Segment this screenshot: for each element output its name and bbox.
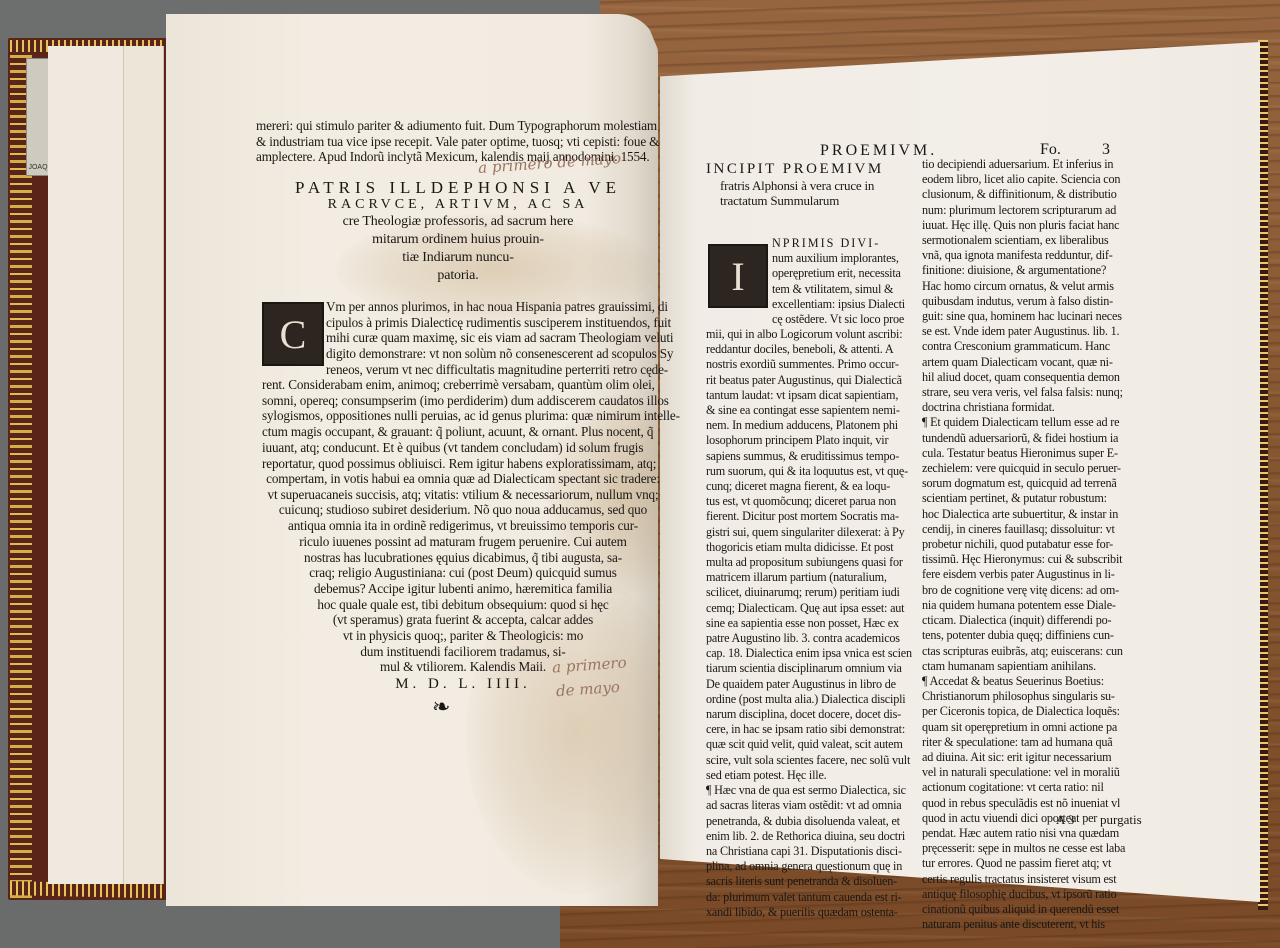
drop-cap-c: C	[262, 302, 324, 366]
text-line: scire, vult sola scientes facere, nec so…	[706, 753, 912, 768]
heading-line: tractatum Summularum	[706, 193, 884, 208]
title-line: tiæ Indiarum nuncu-	[258, 249, 658, 267]
text-line: clusionum, & diffinitionum, & distributi…	[922, 187, 1125, 202]
text-line: nostras has lucubrationes ęquius dicabim…	[262, 550, 664, 566]
text-line: hoc quale quale est, tibi debitum obsequ…	[262, 597, 664, 613]
text-line: quibusdam indutus, verum à falso distin-	[922, 294, 1125, 309]
text-line: hoc Dialectica arte subuertitur, & insta…	[922, 507, 1125, 522]
text-line: fierent. Dicitur post mortem Socratis ma…	[706, 509, 912, 524]
fleuron-ornament-icon: ❧	[432, 694, 450, 720]
title-line: RACRVCE, ARTIVM, AC SA	[258, 197, 658, 213]
text-line: num: plurimum lectorem scripturarum ad	[922, 203, 1125, 218]
text-line: De quaidem pater Augustinus in libro de	[706, 677, 912, 692]
text-line: multa ad propositum subiungens quasi for	[706, 555, 912, 570]
text-line: rent. Considerabam enim, animoq; creberr…	[262, 377, 664, 393]
left-body: rent. Considerabam enim, animoq; creberr…	[262, 377, 664, 471]
text-line: cendij, in cineres fauillasq; dissoluitu…	[922, 522, 1125, 537]
text-line: tissimũ. Hęc Hieronymus: cui & subscribi…	[922, 552, 1125, 567]
text-line: probetur nichili, quod putabatur esse fo…	[922, 537, 1125, 552]
text-line: riter & speculatione: tam ad humana quã	[922, 735, 1125, 750]
text-line: contra Cresconium grammaticum. Hanc	[922, 339, 1125, 354]
text-line: pręcesserit: sępe in multos ne cesse est…	[922, 841, 1125, 856]
flyleaf	[48, 46, 124, 884]
text-line: cipulos à primis Dialecticę rudimentis s…	[326, 315, 666, 331]
text-line: enim lib. 2. de Rethorica diuina, seu do…	[706, 829, 912, 844]
text-line: reneos, verum vt nec difficultatis magni…	[326, 362, 666, 378]
bookplate-label: JOAQ	[27, 164, 49, 171]
text-line: tur errores. Quod ne passim fieret atq; …	[922, 856, 1125, 871]
text-line: na Christiana capi 31. Disputationis dis…	[706, 844, 912, 859]
text-line: tantum laudat: vt ipsam dicat sapientiam…	[706, 388, 912, 403]
text-line: num auxilium implorantes,	[772, 251, 905, 266]
text-line: vnã, qua ignota manifesta redduntur, dif…	[922, 248, 1125, 263]
text-line: per Ciceronis topica, de Dialectica loqu…	[922, 704, 1125, 719]
text-line: fere eisdem verbis pater Augustinus in l…	[922, 567, 1125, 582]
text-line: ad sacras literas viam ostẽdit: vt ad om…	[706, 798, 912, 813]
text-line: compertam, in votis habui ea omnia quæ a…	[262, 471, 664, 487]
text-line: artem quam Dialecticam vocant, quæ ni-	[922, 355, 1125, 370]
catchword: purgatis	[1100, 812, 1142, 828]
text-line: ad diuina. Ait sic: erit igitur necessar…	[922, 750, 1125, 765]
text-line: sorum dogmatum est, quicquid ad terrenã	[922, 476, 1125, 491]
left-title: PATRIS ILLDEPHONSI A VE RACRVCE, ARTIVM,…	[258, 178, 658, 285]
text-line: actionum cogitatione: vt certa ratio: ni…	[922, 780, 1125, 795]
text-line: cere, in hac se ipsam ratio sibi demonst…	[706, 722, 912, 737]
text-line: antiqua omnia ita in ordinẽ redigerimus,…	[262, 518, 664, 534]
text-line: rit beatus pater Augustinus, qui Dialect…	[706, 373, 912, 388]
text-line: operępretium erit, necessita	[772, 266, 905, 281]
text-line: (vt speramus) grata fuerint & accepta, c…	[262, 612, 664, 628]
text-line: tundendũ aduersariorũ, & fidei hostium i…	[922, 431, 1125, 446]
proemium-heading: INCIPIT PROEMIVM fratris Alphonsi à vera…	[706, 160, 884, 208]
text-line: vt superuacaneis succisis, atq; vitatis:…	[262, 487, 664, 503]
text-line: riculo iuuenes possint ad maturam frugem…	[262, 534, 664, 550]
text-line: sylogismos, oppositiones nulli peruias, …	[262, 408, 664, 424]
text-column-2: tio decipiendi aduersarium. Et inferius …	[922, 157, 1125, 932]
text-line: iuuat. Hęc illę. Quis non pluris faciat …	[922, 218, 1125, 233]
text-line: zechielem: vere quicquid in seculo perue…	[922, 461, 1125, 476]
text-line: ordine (post multa alia.) Dialectica dis…	[706, 692, 912, 707]
text-line: somni, opereq; consumpserim (imo perdide…	[262, 393, 664, 409]
text-line: ctam humanam sapientiam anihilans.	[922, 659, 1125, 674]
text-line: da: plurimum valet tantum cauenda est ri…	[706, 890, 912, 905]
text-line: sapiens summus, & eruditissimus tempo-	[706, 449, 912, 464]
text-line: plina, ad omnia genera quęstionum quę in	[706, 859, 912, 874]
text-line: mereri: qui stimulo pariter & adiumento …	[256, 118, 666, 134]
text-line: cę ostẽdere. Vt sic loco proe	[772, 312, 905, 327]
text-line: tem & vtilitatem, simul &	[772, 282, 905, 297]
flyleaf	[124, 46, 164, 884]
text-line: ctum magis occupant, & grauant: q̃ poliu…	[262, 424, 664, 440]
text-line: vt in physicis quoq;, pariter & Theologi…	[262, 628, 664, 644]
text-line: certis regulis tractatus insisteret visu…	[922, 872, 1125, 887]
text-line: ¶ Accedat & beatus Seuerinus Boetius:	[922, 674, 1125, 689]
text-line: digito demonstrare: vt non solùm nõ cons…	[326, 346, 666, 362]
heading-line: INCIPIT PROEMIVM	[706, 160, 884, 178]
text-line: sine ea sapientia esse non posset, Hæc e…	[706, 616, 912, 631]
text-line: cuicunq; studioso subiret desiderium. Nõ…	[262, 502, 664, 518]
text-line: reddantur dociles, beneboli, & attenti. …	[706, 342, 912, 357]
text-line: ¶ Et quidem Dialecticam tellum esse ad r…	[922, 415, 1125, 430]
title-line: PATRIS ILLDEPHONSI A VE	[258, 178, 658, 197]
text-line: gistri sui, quem singulariter dilexerat:…	[706, 525, 912, 540]
text-line: & industriam tua vice ipse recepit. Vale…	[256, 134, 666, 150]
text-line: guit: sine qua, hominem hac lucinari nec…	[922, 309, 1125, 324]
text-line: antiquę filosophię ducibus, vt ipsorũ ra…	[922, 887, 1125, 902]
text-line: mihi curæ quam maximę, sic eis viam ad s…	[326, 330, 666, 346]
text-line: iuuant, atq; conducunt. Et è quibus (vt …	[262, 440, 664, 456]
text-column-1: mii, qui in albo Logicorum volunt ascrib…	[706, 327, 912, 920]
title-line: patoria.	[258, 267, 658, 285]
text-line: tio decipiendi aduersarium. Et inferius …	[922, 157, 1125, 172]
text-line: & sine ea contingat esse sapientem nemi-	[706, 403, 912, 418]
text-line: rum suorum, qui & ita loquutus est, vt q…	[706, 464, 912, 479]
text-line: naturam penitus ante discuterent, vt his	[922, 917, 1125, 932]
text-line: quæ scit quid velit, quid valeat, scit a…	[706, 737, 912, 752]
signature-mark: A 3	[1056, 812, 1074, 828]
text-line: cula. Testatur beatus Hieronimus super E…	[922, 446, 1125, 461]
text-line: scilicet, diuinarumq; rerum) peritiam iu…	[706, 585, 912, 600]
text-line: scientiam pertinet, & putatur robustum:	[922, 491, 1125, 506]
text-line: ¶ Hæc vna de qua est sermo Dialectica, s…	[706, 783, 912, 798]
title-line: cre Theologiæ professoris, ad sacrum her…	[258, 213, 658, 231]
text-line: craq; religio Augustiniana: cui (post De…	[262, 565, 664, 581]
text-line: quod in actu viuendi dici oporteat per	[922, 811, 1125, 826]
text-line: mii, qui in albo Logicorum volunt ascrib…	[706, 327, 912, 342]
title-line: mitarum ordinem huius prouin-	[258, 231, 658, 249]
text-line: Vm per annos plurimos, in hac noua Hispa…	[326, 299, 666, 315]
text-line: ctas scripturas euibrãs, atq; euiscerans…	[922, 644, 1125, 659]
text-line: finitione: diuisione, & argumentatione?	[922, 263, 1125, 278]
drop-cap-i: I	[708, 244, 768, 308]
text-line: nem. In medium adducens, Platonem phi	[706, 418, 912, 433]
text-line: hil aliud docet, quam consequentia demon	[922, 370, 1125, 385]
text-line: cticam. Dialectica (inquit) differendi p…	[922, 613, 1125, 628]
text-line: tus est, vt quomõcunq; diceret parua non	[706, 494, 912, 509]
heading-line: fratris Alphonsi à vera cruce in	[706, 178, 884, 193]
left-body-indented: Vm per annos plurimos, in hac noua Hispa…	[326, 299, 666, 378]
text-line: NPRIMIS DIVI-	[772, 236, 905, 251]
text-line: doctrina christiana formidat.	[922, 400, 1125, 415]
text-line: patre Augustino lib. 3. contra academico…	[706, 631, 912, 646]
bookplate: JOAQ	[26, 58, 50, 176]
running-head: PROEMIVM.	[820, 142, 937, 160]
text-line: nostris exordiũ summentes. Primo occur-	[706, 357, 912, 372]
col1-indented: NPRIMIS DIVI- num auxilium implorantes, …	[772, 236, 905, 327]
text-line: sacris literis sunt penetranda & disolue…	[706, 874, 912, 889]
text-line: strare, seu vera veris, vel falsa falsis…	[922, 385, 1125, 400]
text-line: pendat. Hæc autem ratio nisi vna quædam	[922, 826, 1125, 841]
text-line: thogoricis etiam multa didicisse. Et pos…	[706, 540, 912, 555]
text-line: cinationũ quibus aliquid in querendũ ess…	[922, 902, 1125, 917]
text-line: cap. 18. Dialectica enim ipsa vnica est …	[706, 646, 912, 661]
text-line: cemq; Dialecticam. Quę aut ipsa esset: a…	[706, 601, 912, 616]
text-line: quod in rebus speculãdis est nõ inueniat…	[922, 796, 1125, 811]
text-line: reportatur, quod possimus obliuisci. Rem…	[262, 456, 664, 472]
text-line: tens, potenter dubia quęq; diffiniens cu…	[922, 628, 1125, 643]
text-line: vel in naturali speculatione: vel in mor…	[922, 765, 1125, 780]
text-line: se est. Vnde idem pater Augustinus. lib.…	[922, 324, 1125, 339]
text-line: excellentiam: ipsius Dialecti	[772, 297, 905, 312]
text-line: penetranda, & dubia disoluenda valeat, e…	[706, 814, 912, 829]
text-line: nia quidem humana potentem esse Diale-	[922, 598, 1125, 613]
text-line: eodem libro, licet alio capite. Sciencia…	[922, 172, 1125, 187]
text-line: bro de cognitione verę vitę dicens: ad o…	[922, 583, 1125, 598]
text-line: Christianorum philosophus singularis su-	[922, 689, 1125, 704]
text-line: Hac homo circum ornatus, & velut armis	[922, 279, 1125, 294]
text-line: xandi libido, & puerilis quædam ostenta-	[706, 905, 912, 920]
text-line: matricem illarum partium (naturalium,	[706, 570, 912, 585]
text-line: quam sit operępretium in omni actione pa	[922, 720, 1125, 735]
text-line: losophorum principem Plato inquit, vir	[706, 433, 912, 448]
text-line: cunq; diceret magna fierent, & ea loqu-	[706, 479, 912, 494]
text-line: sed etiam potest. Hęc ille.	[706, 768, 912, 783]
text-line: tiarum scientia disciplinarum omnium via	[706, 661, 912, 676]
text-line: sermotionalem scientiam, ex liberalibus	[922, 233, 1125, 248]
text-line: debemus? Accipe igitur lubenti animo, hæ…	[262, 581, 664, 597]
text-line: narum disciplina, docet docere, docet di…	[706, 707, 912, 722]
